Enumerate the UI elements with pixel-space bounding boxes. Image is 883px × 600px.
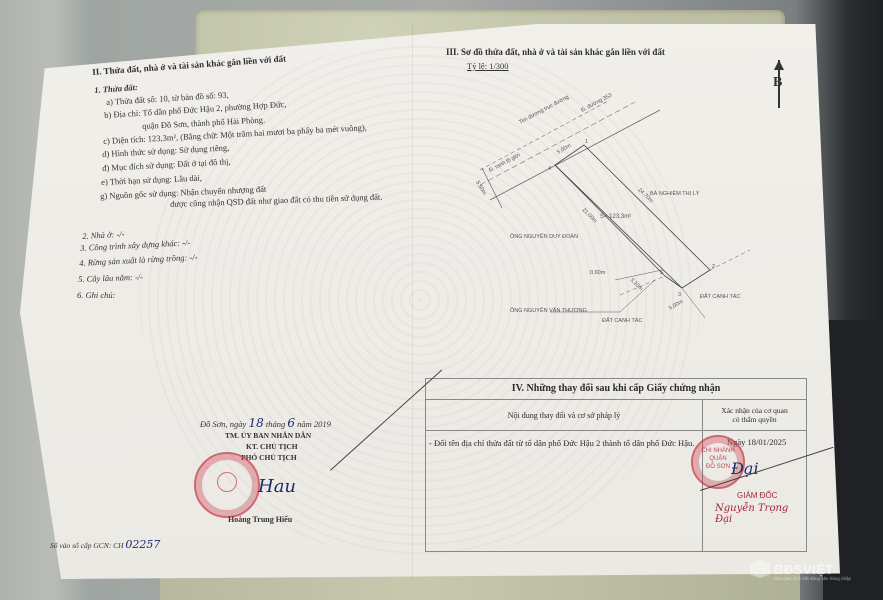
year-label: năm 2019 <box>297 419 331 429</box>
registry-value: 02257 <box>125 538 160 551</box>
signer-name: Hoàng Trung Hiếu <box>228 516 292 524</box>
changes-content-header: Nội dung thay đổi và cơ sở pháp lý <box>426 400 703 430</box>
page-fold <box>412 24 413 579</box>
changes-header-row: Nội dung thay đổi và cơ sở pháp lý Xác n… <box>426 400 806 431</box>
plot-diagram-svg: Tim đường trục đường Đ. đường 353 Đ. ran… <box>460 90 780 330</box>
issuer-line-1: TM. ỦY BAN NHÂN DÂN <box>225 432 311 440</box>
confirmation-header-line-2: có thẩm quyền <box>732 415 776 424</box>
point-1: 1 <box>585 139 588 145</box>
neighbor-north-east: BÀ NGHIÊM THỊ LÝ <box>650 189 700 197</box>
north-label: B <box>773 75 782 91</box>
plot-area-label: S= 123,3m² <box>600 214 631 220</box>
road-center-label: Tim đường trục đường <box>518 94 570 125</box>
signing-month: 6 <box>287 416 295 430</box>
perennial-trees-item: 5. Cây lâu năm: -/- <box>78 273 143 284</box>
confirmation-header-line-1: Xác nhận của cơ quan <box>721 406 787 415</box>
change-confirmation: Ngày 18/01/2025 CHI NHÁNH QUẬN ĐỒ SƠN Đạ… <box>703 431 806 551</box>
edge-length-west: 21,00m <box>581 207 599 225</box>
place-date-prefix: Đồ Sơn, ngày <box>200 419 246 429</box>
edge-length-1-2: 5,00m <box>556 143 573 156</box>
edge-length-0-60: 0,60m <box>590 270 606 276</box>
changes-entry-row: - Đổi tên địa chỉ thửa đất từ tổ dân phố… <box>426 431 806 551</box>
seal-line-1: CHI NHÁNH <box>693 447 743 455</box>
brand-logo-icon <box>750 560 770 578</box>
changes-confirmation-header: Xác nhận của cơ quan có thẩm quyền <box>703 400 806 430</box>
neighbor-south-west: ÔNG NGUYỄN VĂN THƯƠNG <box>510 307 587 314</box>
section-iii-title: III. Sơ đồ thửa đất, nhà ở và tài sản kh… <box>446 48 665 57</box>
neighbor-south-east: ĐẤT CANH TÁC <box>700 293 740 300</box>
change-entry-text: - Đổi tên địa chỉ thửa đất từ tổ dân phố… <box>426 431 703 551</box>
edge-length-south: 5,00m <box>668 299 685 312</box>
national-emblem-icon <box>217 472 237 492</box>
month-label: tháng <box>266 419 285 429</box>
land-plot-diagram: Tim đường trục đường Đ. đường 353 Đ. ran… <box>460 90 780 330</box>
chairman-signature: Hau <box>258 476 296 497</box>
director-name: Nguyễn Trọng Đại <box>715 503 806 525</box>
signing-place-date: Đồ Sơn, ngày 18 tháng 6 năm 2019 <box>200 417 331 429</box>
road-name-label: Đ. đường 353 <box>580 92 613 113</box>
point-4: 4 <box>548 166 551 172</box>
brand-name: BĐSVIỆT <box>774 562 834 577</box>
issuer-line-2: KT. CHỦ TỊCH <box>246 443 298 451</box>
peoples-committee-seal <box>194 452 260 518</box>
edge-length-3-10: 3,10m <box>629 277 644 292</box>
registry-label: Số vào sổ cấp GCN: CH <box>50 541 124 550</box>
point-3: 3 <box>678 292 681 298</box>
neighbor-west: ÔNG NGUYỄN DUY ĐOÀN <box>510 233 578 240</box>
map-scale: Tỷ lệ: 1/300 <box>467 62 509 71</box>
changes-title: IV. Những thay đổi sau khi cấp Giấy chứn… <box>426 379 806 400</box>
signing-day: 18 <box>248 416 263 430</box>
edge-length-road: 5,50m <box>474 180 487 197</box>
registry-number: Số vào sổ cấp GCN: CH 02257 <box>50 539 160 550</box>
brand-tagline: Sàn giao dịch bất động sản hàng nhập <box>774 576 851 581</box>
notes-item: 6. Ghi chú: <box>77 291 115 300</box>
changes-table: IV. Những thay đổi sau khi cấp Giấy chứn… <box>425 378 807 552</box>
point-2: 2 <box>712 264 715 270</box>
site-watermark-logo: BĐSVIỆT Sàn giao dịch bất động sản hàng … <box>750 560 834 578</box>
director-title: GIÁM ĐỐC <box>737 491 777 500</box>
house-item: 2. Nhà ở: -/- <box>82 230 125 241</box>
neighbor-south: ĐẤT CANH TÁC <box>602 317 642 324</box>
point-5: 5 <box>660 270 663 276</box>
